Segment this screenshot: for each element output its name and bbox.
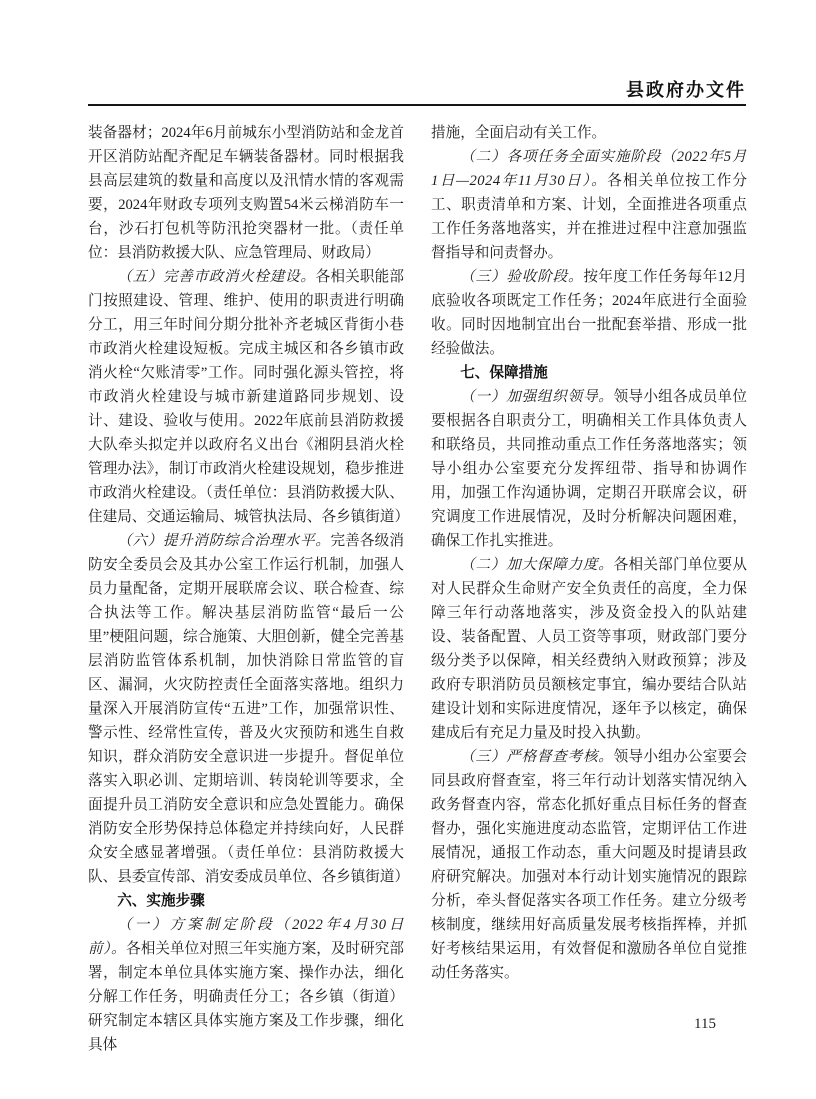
paragraph-safeguard-3: （三）严格督查考核。领导小组办公室要会同县政府督查室，将三年行动计划落实情况纳入…: [431, 745, 747, 985]
paragraph-lead: （三）严格督查考核。: [460, 749, 613, 765]
paragraph-text: 措施，全面启动有关工作。: [431, 125, 606, 141]
paragraph-text: 装备器材；2024年6月前城东小型消防站和金龙首开区消防站配齐配足车辆装备器材。…: [88, 125, 404, 261]
paragraph-step-2: （二）各项任务全面实施阶段（2022年5月1日—2024年11月30日）。各相关…: [431, 145, 747, 265]
paragraph-text: 各相关单位对照三年实施方案，及时研究部署，制定本单位具体实施方案、操作办法，细化…: [88, 941, 404, 1053]
page-number: 115: [694, 1016, 716, 1033]
section-heading-6: 六、实施步骤: [88, 889, 404, 913]
paragraph-lead: （二）加大保障力度。: [460, 557, 613, 573]
left-column: 装备器材；2024年6月前城东小型消防站和金龙首开区消防站配齐配足车辆装备器材。…: [88, 121, 404, 1057]
paragraph-item-5: （五）完善市政消火栓建设。各相关职能部门按照建设、管理、维护、使用的职责进行明确…: [88, 265, 404, 529]
paragraph-lead: （五）完善市政消火栓建设。: [117, 269, 315, 285]
paragraph-text: 各相关职能部门按照建设、管理、维护、使用的职责进行明确分工，用三年时间分期分批补…: [88, 269, 409, 525]
paragraph-continuation: 措施，全面启动有关工作。: [431, 121, 747, 145]
paragraph-step-1: （一）方案制定阶段（2022年4月30日前）。各相关单位对照三年实施方案，及时研…: [88, 913, 404, 1057]
paragraph-lead: （三）验收阶段。: [460, 269, 583, 285]
paragraph-item-6: （六）提升消防综合治理水平。完善各级消防安全委员会及其办公室工作运行机制，加强人…: [88, 529, 404, 889]
paragraph-text: 领导小组办公室要会同县政府督查室，将三年行动计划落实情况纳入政务督查内容，常态化…: [431, 749, 747, 981]
header-rule: [88, 104, 746, 106]
paragraph-text: 完善各级消防安全委员会及其办公室工作运行机制，加强人员力量配备，定期开展联席会议…: [88, 533, 409, 885]
paragraph-safeguard-2: （二）加大保障力度。各相关部门单位要从对人民群众生命财产安全负责任的高度，全力保…: [431, 553, 747, 745]
paragraph-step-3: （三）验收阶段。按年度工作任务每年12月底验收各项既定工作任务；2024年底进行…: [431, 265, 747, 361]
right-column: 措施，全面启动有关工作。 （二）各项任务全面实施阶段（2022年5月1日—202…: [431, 121, 747, 1057]
content-columns: 装备器材；2024年6月前城东小型消防站和金龙首开区消防站配齐配足车辆装备器材。…: [88, 121, 748, 1057]
paragraph-text: 领导小组各成员单位要根据各自职责分工，明确相关工作具体负责人和联络员，共同推动重…: [431, 389, 747, 549]
paragraph-lead: （一）加强组织领导。: [460, 389, 613, 405]
paragraph-text: 各相关部门单位要从对人民群众生命财产安全负责任的高度，全力保障三年行动落地落实，…: [431, 557, 747, 741]
section-heading-7: 七、保障措施: [431, 361, 747, 385]
paragraph-safeguard-1: （一）加强组织领导。领导小组各成员单位要根据各自职责分工，明确相关工作具体负责人…: [431, 385, 747, 553]
document-page: 县政府办文件 装备器材；2024年6月前城东小型消防站和金龙首开区消防站配齐配足…: [0, 0, 816, 1099]
paragraph-continuation: 装备器材；2024年6月前城东小型消防站和金龙首开区消防站配齐配足车辆装备器材。…: [88, 121, 404, 265]
page-header-title: 县政府办文件: [626, 76, 746, 102]
paragraph-lead: （六）提升消防综合治理水平。: [117, 533, 330, 549]
